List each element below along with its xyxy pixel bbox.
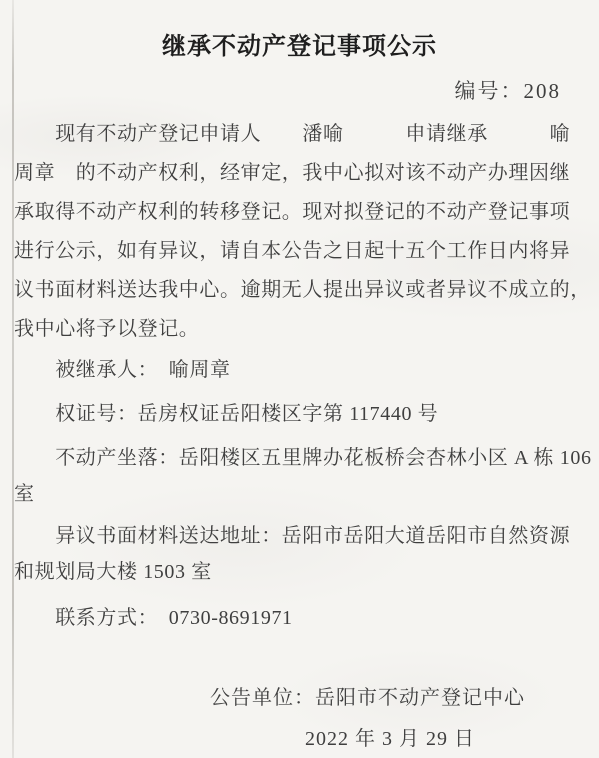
doc-number-line: 编号：208	[14, 78, 585, 104]
contact-phone-line: 联系方式： 0730-8691971	[14, 600, 585, 636]
text-line: 权证号：岳房权证岳阳楼区字第 117440 号	[14, 396, 585, 432]
text-line: 承取得不动产权利的转移登记。现对拟登记的不动产登记事项	[14, 193, 585, 232]
page-title: 继承不动产登记事项公示	[14, 30, 585, 64]
notice-fields: 被继承人： 喻周章 权证号：岳房权证岳阳楼区字第 117440 号 不动产坐落：…	[14, 352, 585, 636]
text-line: 和规划局大楼 1503 室	[14, 554, 585, 590]
text-line: 进行公示，如有异议，请自本公告之日起十五个工作日内将异	[14, 232, 585, 271]
notice-footer: 公告单位：岳阳市不动产登记中心 2022 年 3 月 29 日	[14, 680, 585, 757]
text-line: 异议书面材料送达地址：岳阳市岳阳大道岳阳市自然资源	[14, 518, 585, 554]
issuer-line: 公告单位：岳阳市不动产登记中心	[14, 680, 585, 716]
objection-address-lines: 异议书面材料送达地址：岳阳市岳阳大道岳阳市自然资源和规划局大楼 1503 室	[14, 518, 585, 590]
text-line: 周章 的不动产权利，经审定，我中心拟对该不动产办理因继	[14, 154, 585, 193]
certificate-number-line: 权证号：岳房权证岳阳楼区字第 117440 号	[14, 396, 585, 432]
decedent-line: 被继承人： 喻周章	[14, 352, 585, 388]
property-location-lines: 不动产坐落：岳阳楼区五里牌办花板桥会杏林小区 A 栋 106室	[14, 440, 585, 512]
text-line: 议书面材料送达我中心。逾期无人提出异议或者异议不成立的，	[14, 271, 585, 310]
text-line: 现有不动产登记申请人 潘喻 申请继承 喻	[14, 115, 585, 154]
text-line: 被继承人： 喻周章	[14, 352, 585, 388]
text-line: 室	[14, 476, 585, 512]
text-line: 我中心将予以登记。	[14, 310, 585, 349]
notice-document: 继承不动产登记事项公示 编号：208 现有不动产登记申请人 潘喻 申请继承 喻周…	[0, 0, 599, 758]
text-line: 不动产坐落：岳阳楼区五里牌办花板桥会杏林小区 A 栋 106	[14, 440, 585, 476]
text-line: 联系方式： 0730-8691971	[14, 600, 585, 636]
doc-number-value: 208	[524, 79, 562, 103]
date-line: 2022 年 3 月 29 日	[14, 721, 585, 757]
doc-number-label: 编号：	[455, 79, 524, 103]
notice-paragraph: 现有不动产登记申请人 潘喻 申请继承 喻周章 的不动产权利，经审定，我中心拟对该…	[14, 115, 585, 349]
